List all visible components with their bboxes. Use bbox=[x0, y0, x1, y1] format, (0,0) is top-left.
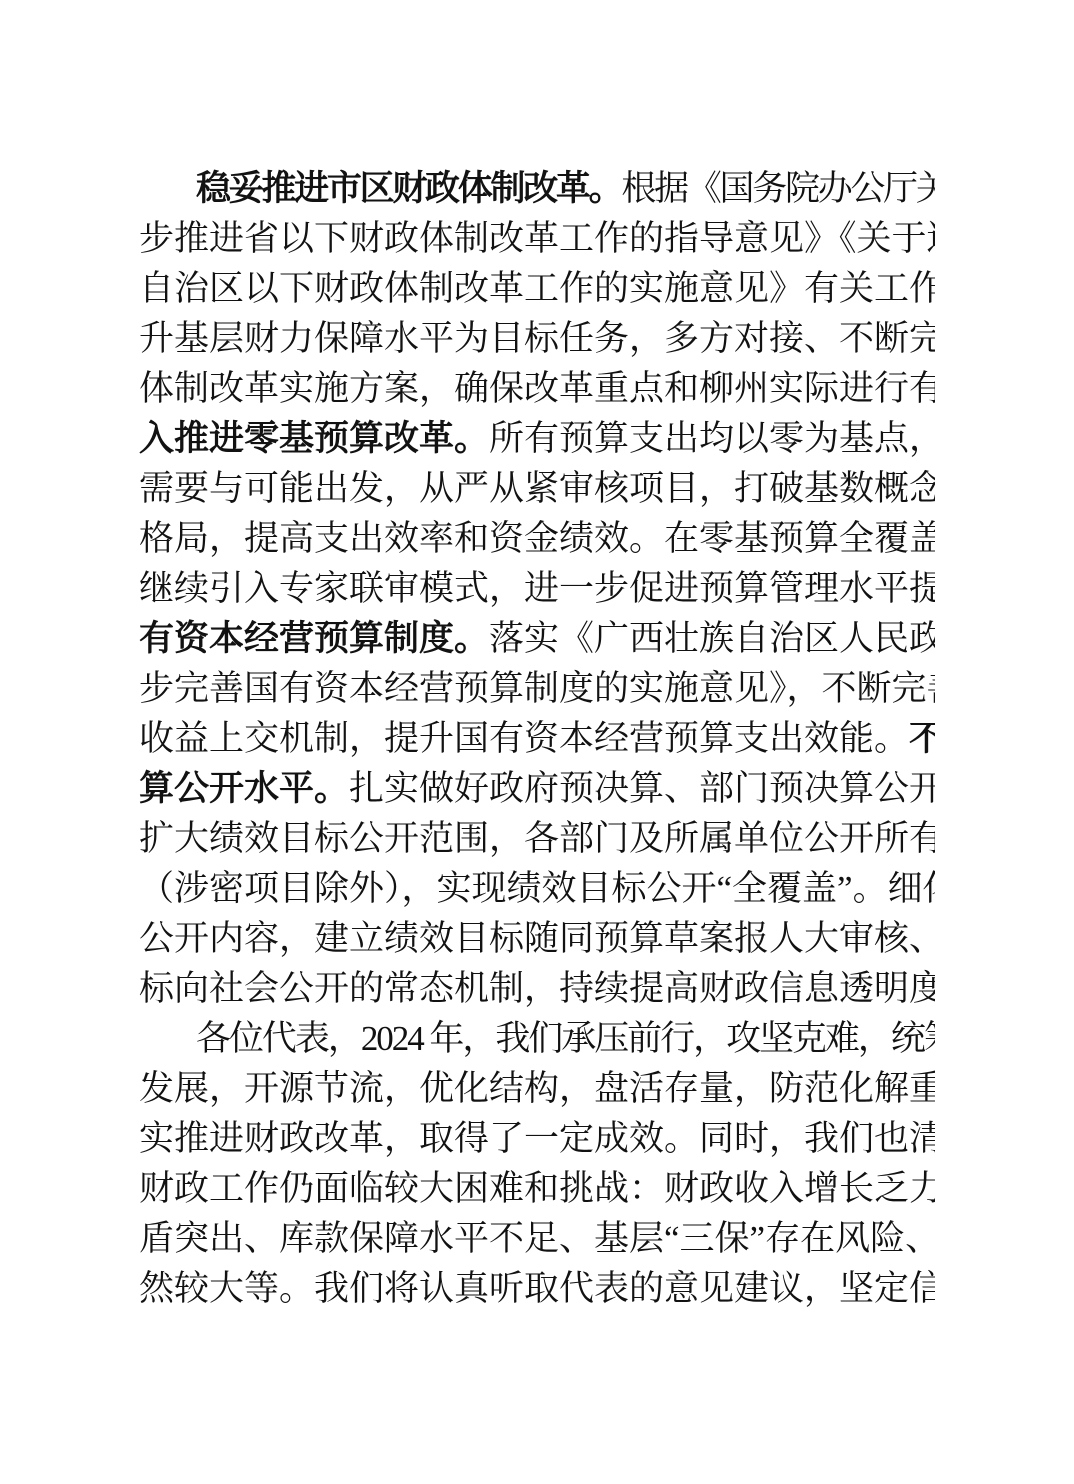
text-line: 实推进财政改革，取得了一定成效。同时，我们也清醒地认识到， bbox=[139, 1114, 935, 1164]
bold-text-segment: 不断提高预决 bbox=[909, 719, 935, 758]
text-line: 然较大等。我们将认真听取代表的意见建议，坚定信心决心，全 bbox=[139, 1264, 935, 1314]
text-line: 步推进省以下财政体制改革工作的指导意见》《关于进一步推进 bbox=[139, 214, 935, 264]
text-segment: 实推进财政改革，取得了一定成效。同时，我们也清醒地认识到， bbox=[139, 1119, 935, 1158]
text-line: 格局，提高支出效率和资金绩效。在零基预算全覆盖的基础上， bbox=[139, 514, 935, 564]
text-line: 扩大绩效目标公开范围，各部门及所属单位公开所有绩效目标 bbox=[139, 814, 935, 864]
text-segment: 需要与可能出发，从严从紧审核项目，打破基数概念和支出固化 bbox=[139, 469, 935, 508]
text-line: 各位代表，2024 年，我们承压前行，攻坚克难，统筹化债和 bbox=[139, 1014, 935, 1064]
text-segment: 格局，提高支出效率和资金绩效。在零基预算全覆盖的基础上， bbox=[139, 519, 935, 558]
bold-text-segment: 算公开水平。 bbox=[139, 769, 349, 808]
text-segment: 标向社会公开的常态机制，持续提高财政信息透明度。 bbox=[139, 969, 935, 1008]
text-line: 财政工作仍面临较大困难和挑战：财政收入增长乏力、财政收支矛 bbox=[139, 1164, 935, 1214]
text-line: 有资本经营预算制度。落实《广西壮族自治区人民政府关于进一 bbox=[139, 614, 935, 664]
text-segment: 收益上交机制，提升国有资本经营预算支出效能。 bbox=[139, 719, 909, 758]
text-segment: 各位代表，2024 年，我们承压前行，攻坚克难，统筹化债和 bbox=[196, 1019, 935, 1058]
text-line: 需要与可能出发，从严从紧审核项目，打破基数概念和支出固化 bbox=[139, 464, 935, 514]
text-segment: 步推进省以下财政体制改革工作的指导意见》《关于进一步推进 bbox=[139, 219, 935, 258]
text-segment: 自治区以下财政体制改革工作的实施意见》有关工作部署，以提 bbox=[139, 269, 935, 308]
text-line: 稳妥推进市区财政体制改革。根据《国务院办公厅关于进一 bbox=[139, 164, 935, 214]
document-body: 稳妥推进市区财政体制改革。根据《国务院办公厅关于进一步推进省以下财政体制改革工作… bbox=[139, 164, 935, 1314]
document-page: 稳妥推进市区财政体制改革。根据《国务院办公厅关于进一步推进省以下财政体制改革工作… bbox=[0, 0, 1074, 1484]
text-line: 公开内容，建立绩效目标随同预算草案报人大审核、部门绩效目 bbox=[139, 914, 935, 964]
text-line: 收益上交机制，提升国有资本经营预算支出效能。不断提高预决 bbox=[139, 714, 935, 764]
text-segment: 发展，开源节流，优化结构，盘活存量，防范化解重大风险，扎 bbox=[139, 1069, 935, 1108]
text-line: 标向社会公开的常态机制，持续提高财政信息透明度。 bbox=[139, 964, 935, 1014]
text-line: （涉密项目除外），实现绩效目标公开“全覆盖”。细化预决算 bbox=[139, 864, 935, 914]
text-line: 自治区以下财政体制改革工作的实施意见》有关工作部署，以提 bbox=[139, 264, 935, 314]
text-segment: 根据《国务院办公厅关于进一 bbox=[621, 169, 935, 208]
bold-text-segment: 入推进零基预算改革。 bbox=[139, 419, 489, 458]
text-line: 体制改革实施方案，确保改革重点和柳州实际进行有效衔接。深 bbox=[139, 364, 935, 414]
text-segment: 所有预算支出均以零为基点，一切从实际 bbox=[489, 419, 935, 458]
text-line: 升基层财力保障水平为目标任务，多方对接、不断完善财政管理 bbox=[139, 314, 935, 364]
text-segment: 继续引入专家联审模式，进一步促进预算管理水平提升。 bbox=[139, 569, 935, 608]
text-segment: 公开内容，建立绩效目标随同预算草案报人大审核、部门绩效目 bbox=[139, 919, 935, 958]
text-line: 步完善国有资本经营预算制度的实施意见》，不断完善国有资本 bbox=[139, 664, 935, 714]
text-segment: 扎实做好政府预决算、部门预决算公开工作，继续 bbox=[349, 769, 935, 808]
text-line: 发展，开源节流，优化结构，盘活存量，防范化解重大风险，扎 bbox=[139, 1064, 935, 1114]
text-segment: 财政工作仍面临较大困难和挑战：财政收入增长乏力、财政收支矛 bbox=[139, 1169, 935, 1208]
text-line: 继续引入专家联审模式，进一步促进预算管理水平提升。完善国 bbox=[139, 564, 935, 614]
text-segment: （涉密项目除外），实现绩效目标公开“全覆盖”。细化预决算 bbox=[139, 869, 935, 908]
paragraph: 稳妥推进市区财政体制改革。根据《国务院办公厅关于进一步推进省以下财政体制改革工作… bbox=[139, 164, 935, 1014]
text-segment: 步完善国有资本经营预算制度的实施意见》，不断完善国有资本 bbox=[139, 669, 935, 708]
bold-text-segment: 稳妥推进市区财政体制改革。 bbox=[196, 169, 621, 208]
text-line: 盾突出、库款保障水平不足、基层“三保”存在风险、化债压力依 bbox=[139, 1214, 935, 1264]
text-line: 入推进零基预算改革。所有预算支出均以零为基点，一切从实际 bbox=[139, 414, 935, 464]
text-segment: 然较大等。我们将认真听取代表的意见建议，坚定信心决心，全 bbox=[139, 1269, 935, 1308]
text-segment: 升基层财力保障水平为目标任务，多方对接、不断完善财政管理 bbox=[139, 319, 935, 358]
text-segment: 体制改革实施方案，确保改革重点和柳州实际进行有效衔接。 bbox=[139, 369, 935, 408]
text-segment: 落实《广西壮族自治区人民政府关于进一 bbox=[489, 619, 935, 658]
bold-text-segment: 有资本经营预算制度。 bbox=[139, 619, 489, 658]
text-segment: 扩大绩效目标公开范围，各部门及所属单位公开所有绩效目标 bbox=[139, 819, 935, 858]
text-line: 算公开水平。扎实做好政府预决算、部门预决算公开工作，继续 bbox=[139, 764, 935, 814]
paragraph: 各位代表，2024 年，我们承压前行，攻坚克难，统筹化债和发展，开源节流，优化结… bbox=[139, 1014, 935, 1314]
text-segment: 盾突出、库款保障水平不足、基层“三保”存在风险、化债压力依 bbox=[139, 1219, 935, 1258]
